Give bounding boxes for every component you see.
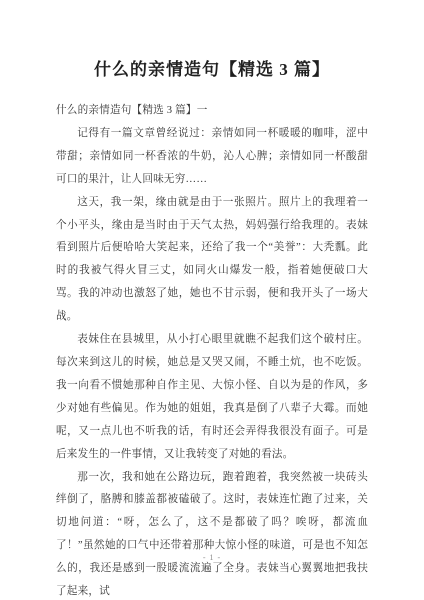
paragraph: 这天，我一架，缘由就是由于一张照片。照片上的我理着一个小平头，缘由是当时由于天气…: [56, 192, 368, 329]
paragraph-container: 记得有一篇文章曾经说过：亲情如同一杯暖暖的咖啡，涩中带甜；亲情如同一杯香浓的牛奶…: [56, 123, 368, 600]
paragraph: 记得有一篇文章曾经说过：亲情如同一杯暖暖的咖啡，涩中带甜；亲情如同一杯香浓的牛奶…: [56, 123, 368, 192]
page-number: - 1 -: [0, 553, 424, 562]
section-heading: 什么的亲情造句【精选 3 篇】一: [56, 100, 368, 123]
document-title: 什么的亲情造句【精选 3 篇】: [0, 0, 424, 83]
paragraph: 那一次，我和她在公路边玩，跑着跑着，我突然被一块砖头绊倒了，胳膊和膝盖都被磕破了…: [56, 467, 368, 600]
document-body: 什么的亲情造句【精选 3 篇】一 记得有一篇文章曾经说过：亲情如同一杯暖暖的咖啡…: [56, 100, 368, 600]
document-page: 什么的亲情造句【精选 3 篇】 什么的亲情造句【精选 3 篇】一 记得有一篇文章…: [0, 0, 424, 600]
paragraph: 表妹住在县城里，从小打心眼里就瞧不起我们这个破村庄。每次来到这儿的时候，她总是又…: [56, 329, 368, 466]
